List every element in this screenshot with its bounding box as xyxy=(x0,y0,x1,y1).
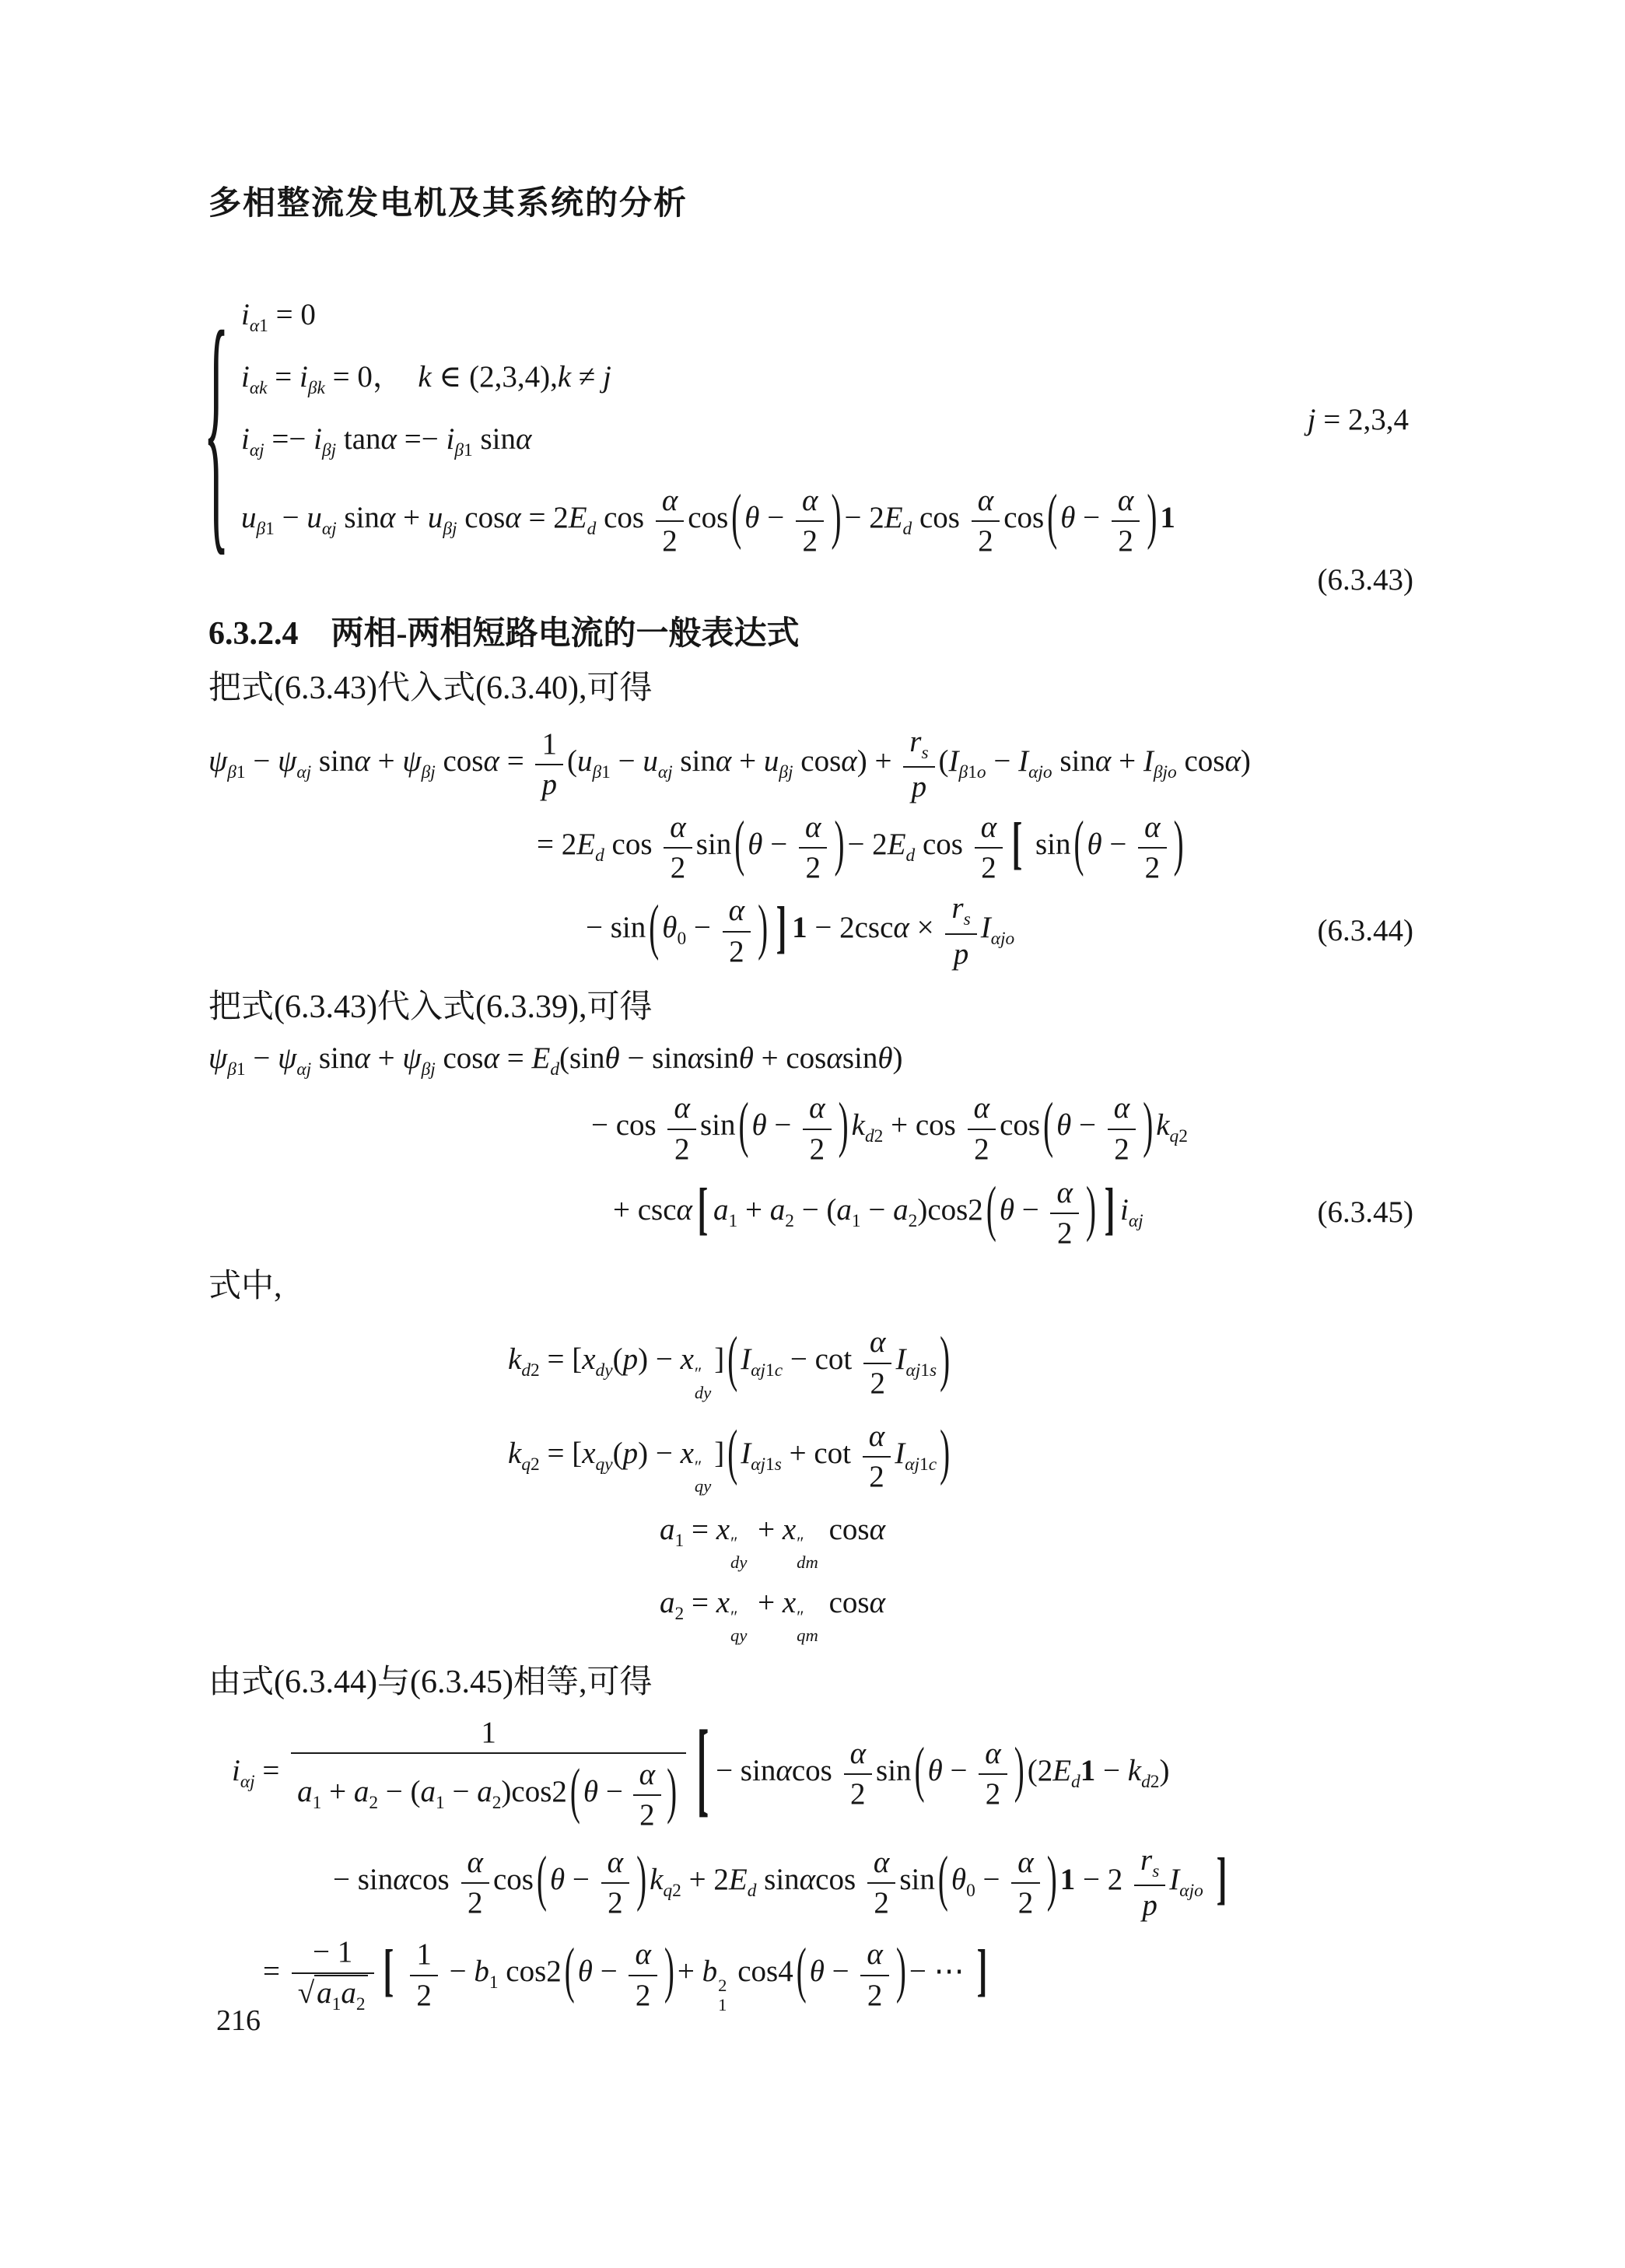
equation-6345-line-3: + cscα[a1 + a2 − (a1 − a2)cos2(θ − α2)]i… xyxy=(613,1175,1143,1250)
equation-6344-line-2: = 2Ed cos α2sin(θ − α2)− 2Ed cos α2[ sin… xyxy=(537,810,1413,884)
equation-6344-line-1: ψβ1 − ψαj sinα + ψβj cosα = 1p(uβ1 − uαj… xyxy=(208,724,1413,803)
equation-iaj-line-1: iαj = 1a1 + a2 − (a1 − a2)cos2(θ − α2)[−… xyxy=(232,1715,1413,1832)
definition-kd2: kd2 = [xdy(p) − x″dy](Iαj1c − cot α2Iαj1… xyxy=(508,1325,1413,1402)
equation-number-6344: (6.3.44) xyxy=(1318,913,1413,948)
running-head: 多相整流发电机及其系统的分析 xyxy=(208,177,1413,224)
paragraph-substitute-6340: 把式(6.3.43)代入式(6.3.40),可得 xyxy=(208,667,1413,710)
system-line-4: uβ1 − uαj sinα + uβj cosα = 2Ed cos α2co… xyxy=(241,483,1175,558)
section-heading: 6.3.2.4 两相-两相短路电流的一般表达式 xyxy=(208,613,1413,656)
paragraph-where: 式中, xyxy=(208,1265,1413,1308)
definition-a2: a2 = x″qy + x″qm cosα xyxy=(660,1584,1413,1646)
left-brace: { xyxy=(204,270,234,583)
equation-6345-line-1: ψβ1 − ψαj sinα + ψβj cosα = Ed(sinθ − si… xyxy=(208,1039,1413,1081)
equation-6345-line-3-row: + cscα[a1 + a2 − (a1 − a2)cos2(θ − α2)]i… xyxy=(208,1175,1413,1250)
book-page: 多相整流发电机及其系统的分析 { iα1 = 0 iαk = iβk = 0， … xyxy=(0,0,1625,2268)
system-line-1: iα1 = 0 xyxy=(241,296,1175,338)
equation-iaj-line-3: = − 1√a1a2[ 12 − b1 cos2(θ − α2)+ b21 co… xyxy=(263,1934,1413,2014)
equation-number-row-6343: (6.3.43) xyxy=(208,562,1413,597)
page-number: 216 xyxy=(216,2004,261,2038)
system-lines: iα1 = 0 iαk = iβk = 0， k ∈ (2,3,4),k ≠ j… xyxy=(241,296,1175,558)
equation-iaj-line-2: − sinαcos α2cos(θ − α2)kq2 + 2Ed sinαcos… xyxy=(333,1843,1413,1922)
system-line-3: iαj =− iβj tanα =− iβ1 sinα xyxy=(241,420,1175,462)
system-line-2: iαk = iβk = 0， k ∈ (2,3,4),k ≠ j xyxy=(241,358,1175,400)
paragraph-substitute-6339: 把式(6.3.43)代入式(6.3.39),可得 xyxy=(208,986,1413,1029)
equation-6344-line-3-row: − sin(θ0 − α2)]1 − 2cscα × rspIαjo (6.3.… xyxy=(208,891,1413,970)
definition-kq2: kq2 = [xqy(p) − x″qy](Iαj1s + cot α2Iαj1… xyxy=(508,1419,1413,1496)
equation-system-6343: { iα1 = 0 iαk = iβk = 0， k ∈ (2,3,4),k ≠… xyxy=(208,296,1413,558)
equation-number-6345: (6.3.45) xyxy=(1318,1195,1413,1230)
paragraph-equate: 由式(6.3.44)与(6.3.45)相等,可得 xyxy=(208,1661,1413,1704)
condition-j-values: j = 2,3,4 xyxy=(1308,401,1409,440)
equation-6344-line-3: − sin(θ0 − α2)]1 − 2cscα × rspIαjo xyxy=(586,891,1014,970)
equation-number-6343: (6.3.43) xyxy=(1318,562,1413,597)
equation-6345-line-2: − cos α2sin(θ − α2)kd2 + cos α2cos(θ − α… xyxy=(591,1090,1413,1165)
definition-a1: a1 = x″dy + x″dm cosα xyxy=(660,1510,1413,1573)
